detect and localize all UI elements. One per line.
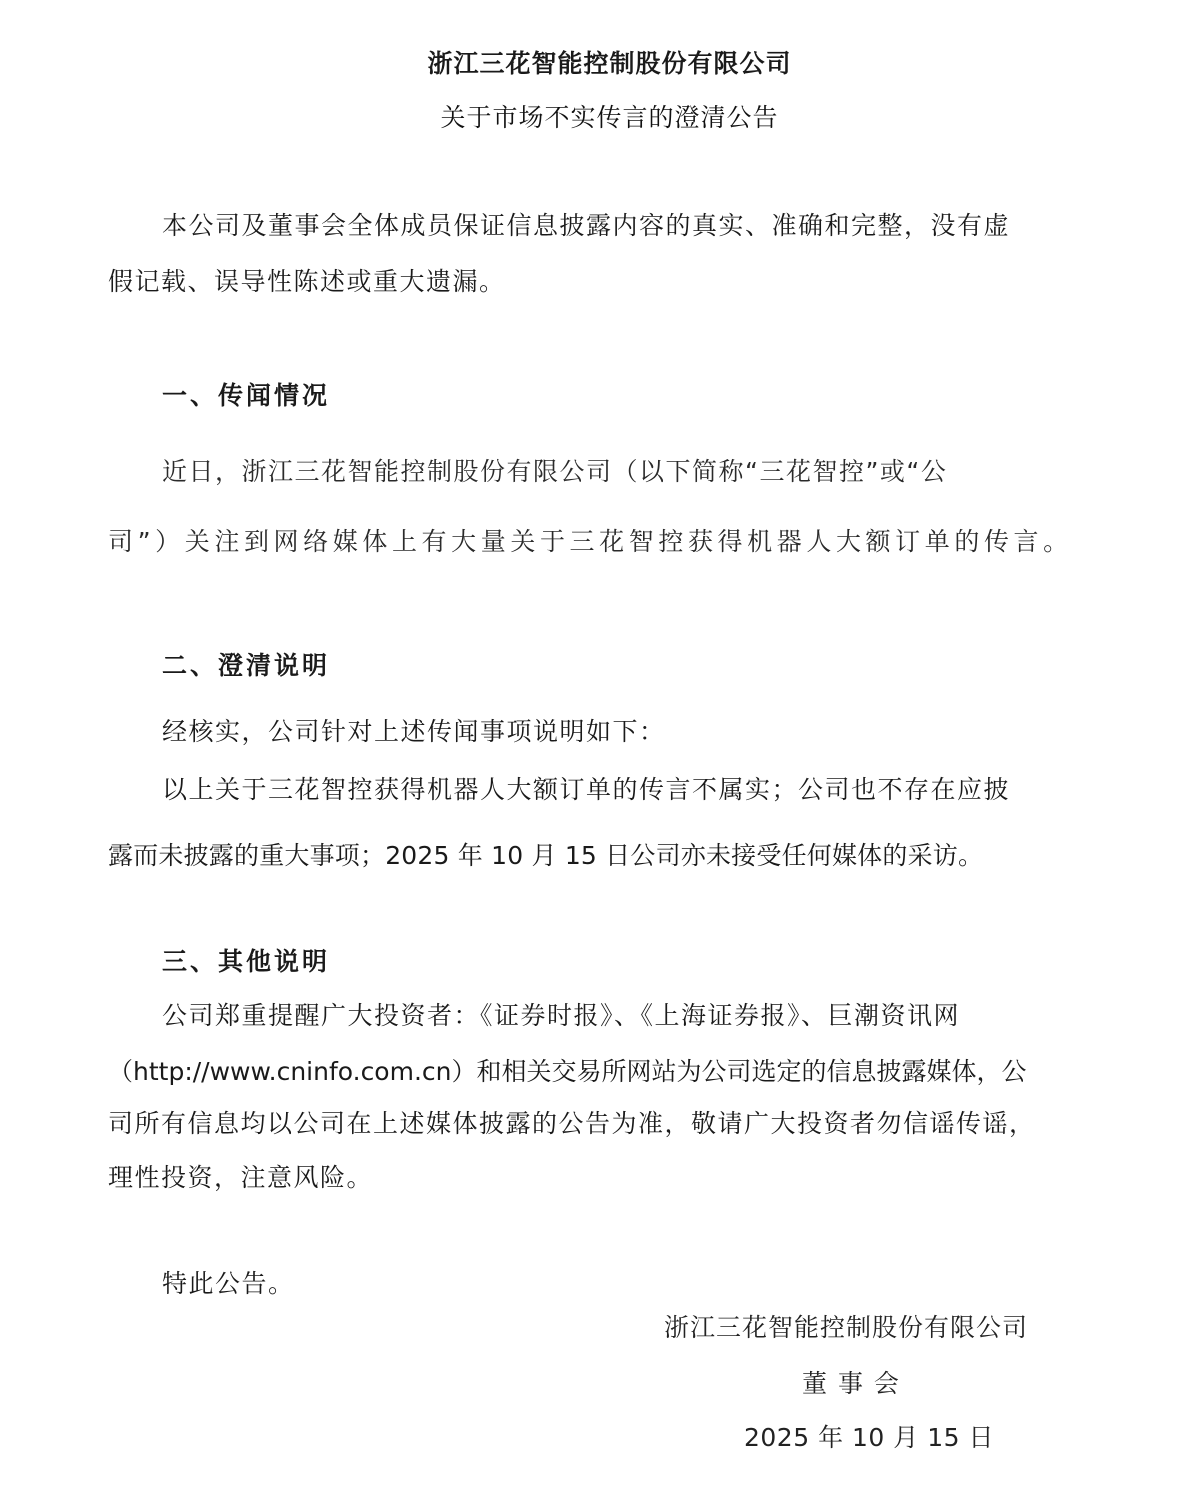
paragraph-line: 经核实，公司针对上述传闻事项说明如下： — [162, 712, 666, 748]
statement-line-2: 假记载、误导性陈述或重大遗漏。 — [108, 262, 506, 298]
paragraph-line: 公司郑重提醒广大投资者：《证券时报》、《上海证券报》、巨潮资讯网 — [162, 996, 960, 1032]
paragraph-line: 理性投资，注意风险。 — [108, 1158, 373, 1194]
paragraph-line-with-link: （http://www.cninfo.com.cn）和相关交易所网站为公司选定的… — [108, 1052, 1027, 1088]
paragraph-line: 露而未披露的重大事项；2025 年 10 月 15 日公司亦未接受任何媒体的采访… — [108, 836, 983, 872]
document-title-company: 浙江三花智能控制股份有限公司 — [0, 44, 1179, 80]
signature-date: 2025 年 10 月 15 日 — [744, 1418, 994, 1454]
section-heading: 三、其他说明 — [162, 942, 330, 978]
paragraph-line: 司”）关注到网络媒体上有大量关于三花智控获得机器人大额订单的传言。 — [108, 522, 1073, 558]
section-heading: 一、传闻情况 — [162, 376, 330, 412]
paragraph-line: 近日，浙江三花智能控制股份有限公司（以下简称“三花智控”或“公 — [162, 452, 947, 488]
section-heading: 二、澄清说明 — [162, 646, 330, 682]
signature-company: 浙江三花智能控制股份有限公司 — [664, 1308, 1028, 1344]
signature-board: 董 事 会 — [802, 1364, 900, 1400]
paragraph-line: 司所有信息均以公司在上述媒体披露的公告为准，敬请广大投资者勿信谣传谣， — [108, 1104, 1036, 1140]
statement-line-1: 本公司及董事会全体成员保证信息披露内容的真实、准确和完整，没有虚 — [162, 206, 1010, 242]
paragraph-line: 以上关于三花智控获得机器人大额订单的传言不属实；公司也不存在应披 — [162, 770, 1010, 806]
closing-statement: 特此公告。 — [162, 1264, 295, 1300]
document-title-subject: 关于市场不实传言的澄清公告 — [0, 98, 1179, 134]
